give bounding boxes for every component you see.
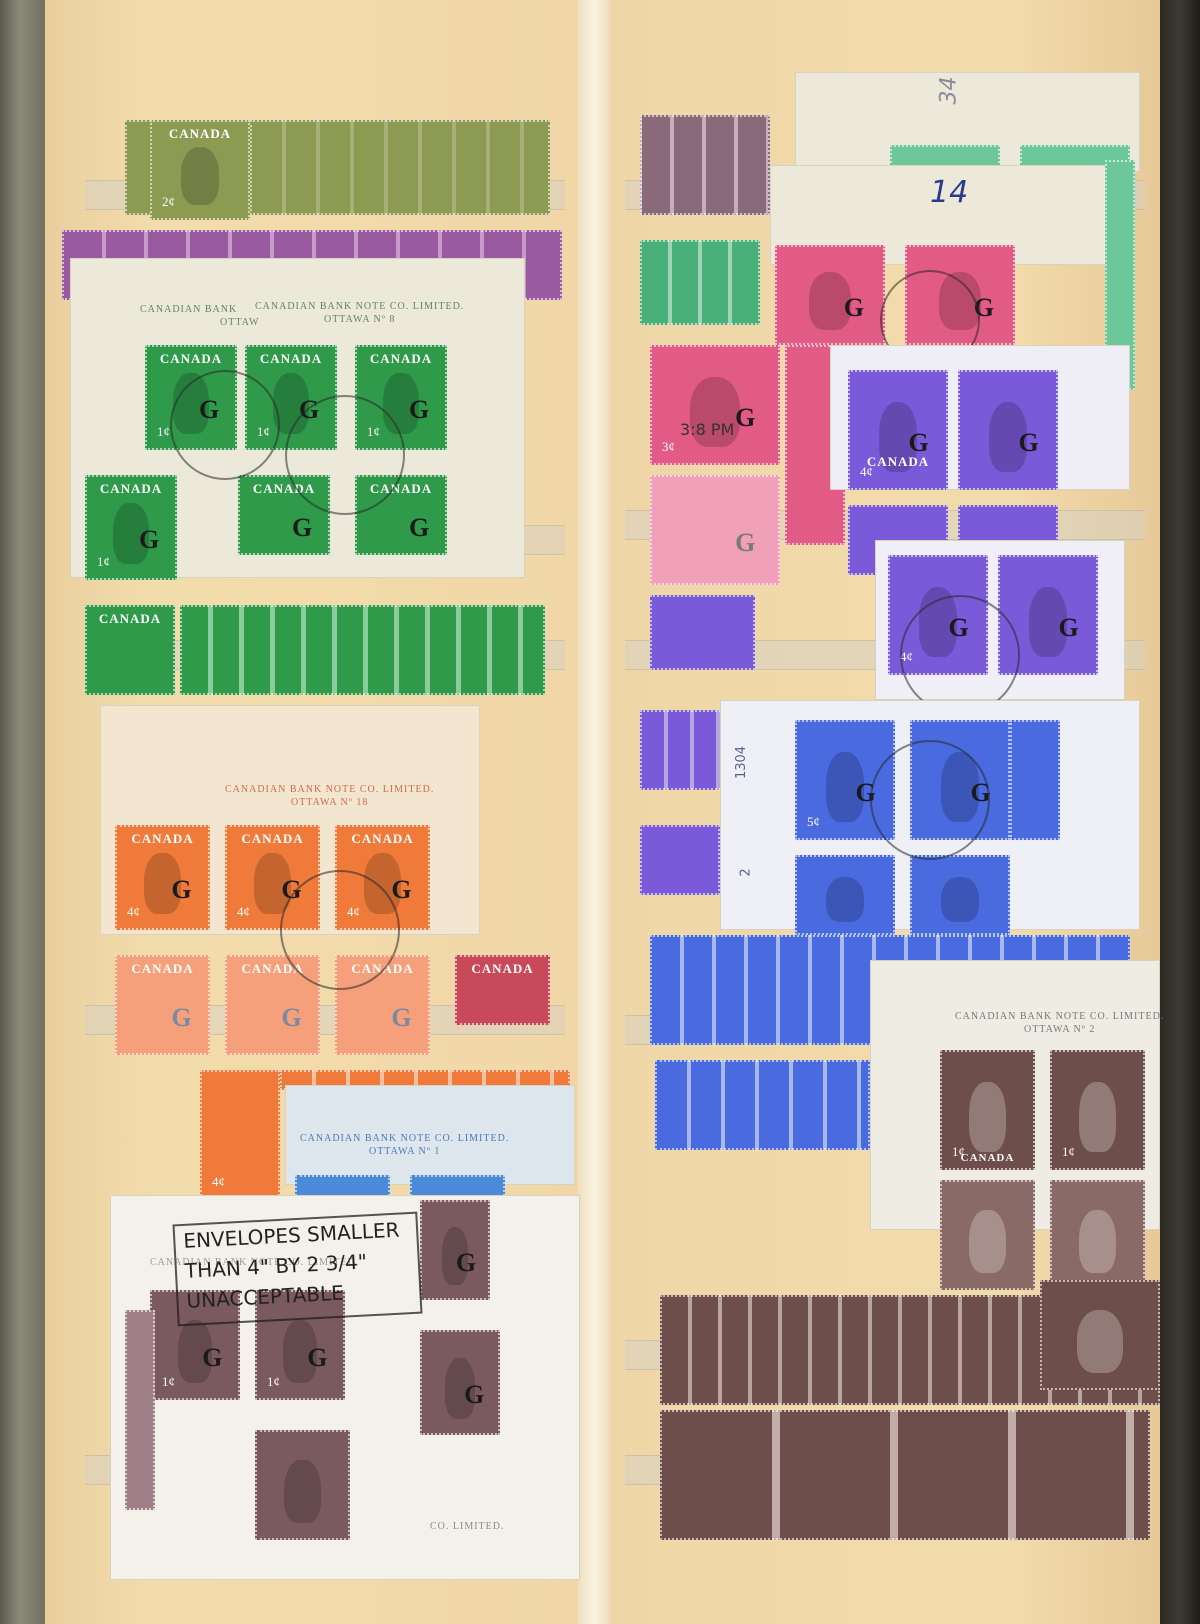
stamp-pink-3c-g: G3¢ <box>650 345 780 465</box>
stamp-brown-1c <box>1050 1180 1145 1290</box>
stamp-strip-brown-g <box>660 1410 1150 1540</box>
stamp-brown-g: G <box>420 1330 500 1435</box>
stamp-brown <box>255 1430 350 1540</box>
stamp-value: 2¢ <box>162 194 175 210</box>
stamp-blue-5c <box>910 855 1010 935</box>
plate-imprint: CO. LIMITED. <box>430 1520 505 1533</box>
cancel-time: 3:8 PM <box>680 420 734 439</box>
plate-imprint: CANADIAN BANK NOTE CO. LIMITED.OTTAWA Nº… <box>255 300 464 326</box>
stamp-violet-4c-g: G <box>958 370 1058 490</box>
plate-imprint: CANADIAN BANK NOTE CO. LIMITED.OTTAWA Nº… <box>225 783 434 809</box>
postmark-cancel <box>900 595 1020 715</box>
stamp-pink-3c-g: G <box>650 475 780 585</box>
page-gutter <box>578 0 612 1624</box>
stamp-strip-green <box>180 605 545 695</box>
stamp-orange-4c-g: CANADAG4¢ <box>115 825 210 930</box>
stamp-blue-5c <box>1010 720 1060 840</box>
stamp-brown-1c: 1¢ <box>1050 1050 1145 1170</box>
plate-imprint: CANADIAN BANKOTTAW <box>140 303 260 329</box>
stamp-brown <box>1040 1280 1160 1390</box>
stamp-brown-1c <box>940 1180 1035 1290</box>
slogan-cancel: ENVELOPES SMALLER THAN 4" BY 2 3/4" UNAC… <box>172 1212 422 1327</box>
stamp-orange-4c-g: CANADAG <box>115 955 210 1055</box>
plate-number: 1304 <box>734 746 749 779</box>
stamp-strip-brown <box>640 115 770 215</box>
stamp-green-1c-g: CANADAG1¢ <box>85 475 177 580</box>
postmark-cancel <box>870 740 990 860</box>
handwritten-note: 34 <box>937 77 962 105</box>
stamp-violet-4c-g: G4¢CANADA <box>848 370 948 490</box>
plate-imprint: CANADIAN BANK NOTE CO. LIMITED.OTTAWA Nº… <box>300 1132 509 1158</box>
stamp-pink-3c-g: G <box>775 245 885 345</box>
plate-imprint: CANADIAN BANK NOTE CO. LIMITED.OTTAWA Nº… <box>955 1010 1164 1036</box>
stamp-blue-5c <box>795 855 895 935</box>
postmark-cancel <box>280 870 400 990</box>
stamp-strip-violet <box>640 710 725 790</box>
king-portrait <box>181 147 219 205</box>
stamp-violet <box>640 825 720 895</box>
stamp-green-1c: CANADA <box>85 605 175 695</box>
stamp-album-photo: CANADA 2¢ CANADIAN BANKOTTAW CANADIAN BA… <box>0 0 1200 1624</box>
stamp-brown-g: G <box>420 1200 490 1300</box>
album-edge <box>1160 0 1200 1624</box>
stamp-red-4c: CANADA <box>455 955 550 1025</box>
stamp-strip-olive <box>250 120 550 215</box>
stamp-strip-green <box>640 240 760 325</box>
postmark-cancel <box>170 370 280 480</box>
postmark-cancel <box>285 395 405 515</box>
stamp-country-text: CANADA <box>152 126 248 142</box>
handwritten-note: 14 <box>930 175 968 210</box>
stamp-brown-1c: 1¢CANADA <box>940 1050 1035 1170</box>
plate-number: 2 <box>739 868 754 876</box>
stamp-violet <box>650 595 755 670</box>
stamp-brown-edge <box>125 1310 155 1510</box>
album-spine <box>0 0 50 1624</box>
stamp-orange-4c: 4¢ <box>200 1070 280 1200</box>
stamp-strip-blue <box>655 1060 870 1150</box>
stamp-olive-2c: CANADA 2¢ <box>150 120 250 220</box>
